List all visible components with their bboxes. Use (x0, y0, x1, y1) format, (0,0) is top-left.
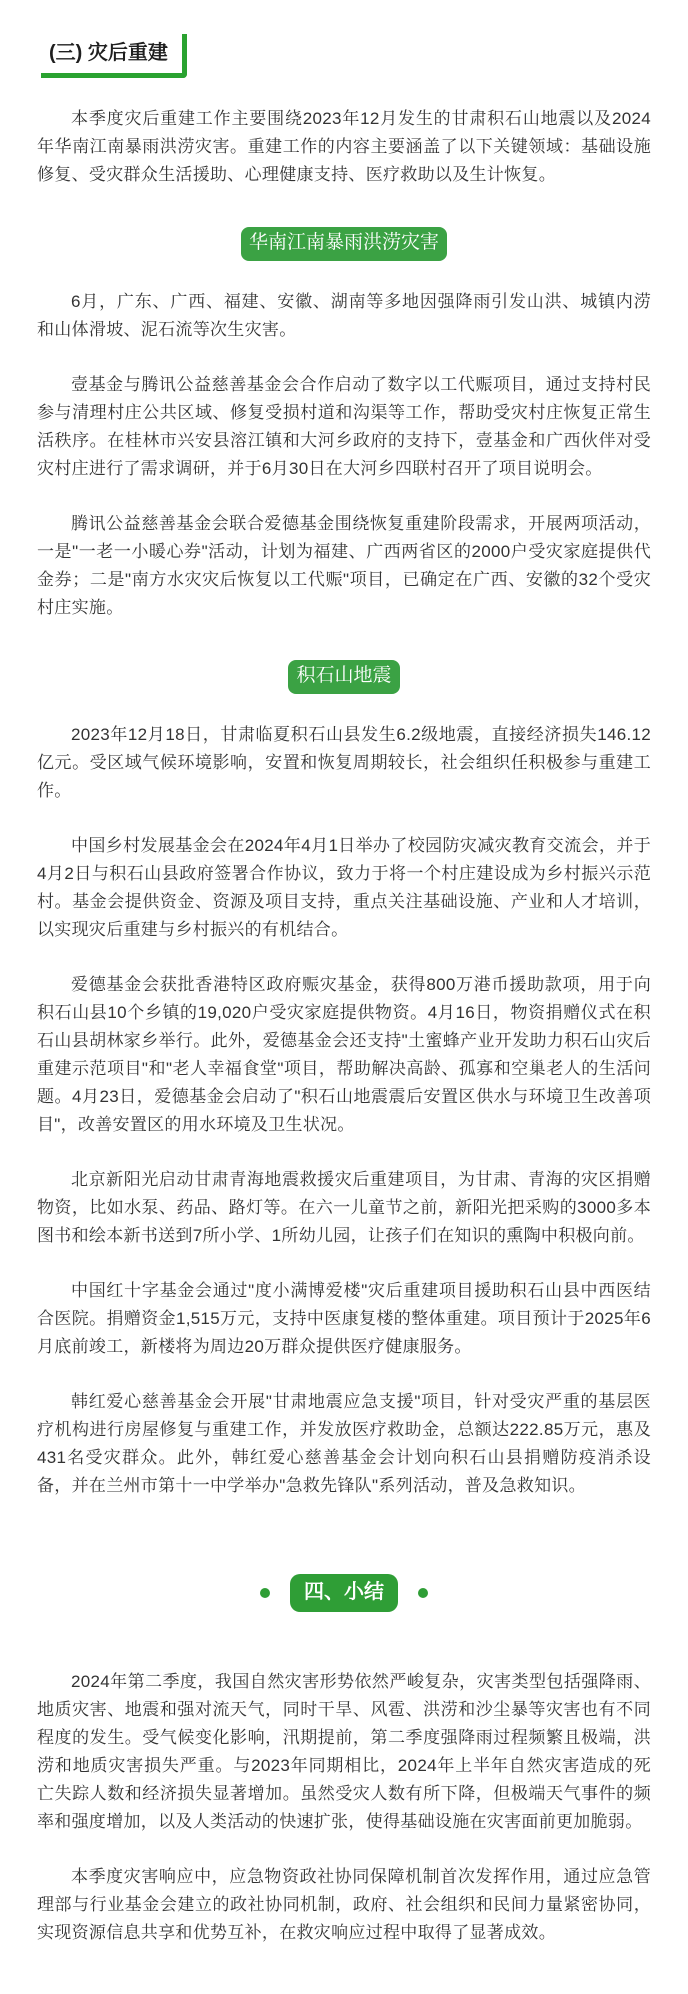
flood-badge-row: 华南江南暴雨洪涝灾害 (37, 227, 651, 261)
bullet-dot-icon (260, 1588, 270, 1598)
section-summary-heading: 四、小结 (37, 1574, 651, 1612)
earthquake-paragraph: 韩红爱心慈善基金会开展"甘肃地震应急支援"项目，针对受灾严重的基层医疗机构进行房… (37, 1388, 651, 1500)
summary-section-badge: 四、小结 (290, 1574, 398, 1612)
earthquake-paragraph: 中国乡村发展基金会在2024年4月1日举办了校园防灾减灾教育交流会，并于4月2日… (37, 832, 651, 944)
flood-paragraph: 6月，广东、广西、福建、安徽、湖南等多地因强降雨引发山洪、城镇内涝和山体滑坡、泥… (37, 288, 651, 344)
earthquake-paragraph: 2023年12月18日，甘肃临夏积石山县发生6.2级地震，直接经济损失146.1… (37, 721, 651, 805)
section-reconstruction-heading: (三) 灾后重建 (41, 34, 187, 78)
reconstruction-intro-paragraph: 本季度灾后重建工作主要围绕2023年12月发生的甘肃积石山地震以及2024年华南… (37, 105, 651, 189)
earthquake-paragraph: 北京新阳光启动甘肃青海地震救援灾后重建项目，为甘肃、青海的灾区捐赠物资，比如水泵… (37, 1166, 651, 1250)
earthquake-badge-row: 积石山地震 (37, 660, 651, 694)
earthquake-paragraph: 爱德基金会获批香港特区政府赈灾基金，获得800万港币援助款项，用于向积石山县10… (37, 971, 651, 1139)
summary-paragraph: 本季度灾害响应中，应急物资政社协同保障机制首次发挥作用，通过应急管理部与行业基金… (37, 1863, 651, 1947)
report-article: (三) 灾后重建 本季度灾后重建工作主要围绕2023年12月发生的甘肃积石山地震… (0, 0, 688, 1994)
summary-paragraph: 2024年第二季度，我国自然灾害形势依然严峻复杂，灾害类型包括强降雨、地质灾害、… (37, 1668, 651, 1836)
earthquake-section-badge: 积石山地震 (288, 660, 399, 694)
earthquake-paragraph: 中国红十字基金会通过"度小满博爱楼"灾后重建项目援助积石山县中西医结合医院。捐赠… (37, 1277, 651, 1361)
bullet-dot-icon (418, 1588, 428, 1598)
flood-paragraph: 壹基金与腾讯公益慈善基金会合作启动了数字以工代赈项目，通过支持村民参与清理村庄公… (37, 371, 651, 483)
flood-section-badge: 华南江南暴雨洪涝灾害 (241, 227, 447, 261)
flood-paragraph: 腾讯公益慈善基金会联合爱德基金围绕恢复重建阶段需求，开展两项活动，一是"一老一小… (37, 510, 651, 622)
